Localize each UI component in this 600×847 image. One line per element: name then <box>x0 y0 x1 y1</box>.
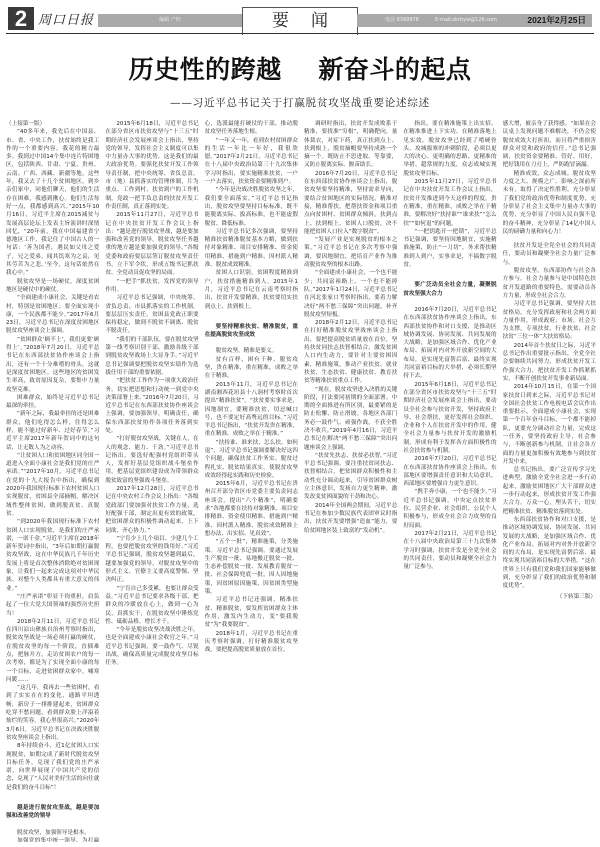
paragraph: 心，选派最能打硬仗的干部，推动脱贫攻坚任务落地生根。 <box>205 120 298 137</box>
paragraph: “携手奔小康，一个也不能少。”习近平总书记强调，中央定点扶贫单位、民营企业、社会… <box>403 488 496 529</box>
paragraph: “庄严承诺”彰显千钧重担，肩负起了一位大党大国领袖的强烈历史担当！ <box>6 593 99 618</box>
paragraph: 习近平总书记多次强调，要坚持精准扶贫精准脱贫基本方略，做到扶持对象精准、项目安排… <box>205 228 298 269</box>
paragraph: 扶贫开发是全党全社会的共同责任，要动员和凝聚全社会力量广泛参与。 <box>503 242 596 267</box>
paragraph: “贫困群众‘顾不上’，我们更要‘顾得上’。”2018年7月20日，习近平总书记在… <box>6 336 99 394</box>
editor-bar: 编辑 产经 <box>98 14 242 27</box>
paragraph: “全面建成小康社会，关键是看农村，特别是贫困地区；要全面实现小康，一个民族都不能… <box>6 294 99 335</box>
paragraph: 脱贫攻坚，东西部协作与社会各方参与。社会力量参与是中国特色扶贫开发道路的重要特色… <box>503 267 596 300</box>
paragraph: 8年持续奋斗，近1亿贫困人口实现脱贫，如期完成了新时代脱贫攻坚目标任务，兑现了我… <box>6 742 99 792</box>
paragraph: 贫困人口识别，贫困程度精准到户，扶贫措施精准到人。2015年1月，习近平总书记在… <box>205 269 298 310</box>
email-address: E-mail:zkrbyw@126.com <box>435 14 497 27</box>
paragraph: 习近平总书记还强调，精准扶贫、精准脱贫，要发挥贫困群众主体作用，激发内生动力，变… <box>205 596 298 629</box>
paragraph: 脱贫攻坚是一场硬仗，深度贫困地区是硬仗中的硬仗。 <box>6 278 99 295</box>
paragraph: “一把钥匙开一把锁”，习近平总书记强调，要坚持因地制宜，实施精准施策，防止“一刀… <box>403 228 496 269</box>
subheadline: ——习近平总书记关于打赢脱贫攻坚战重要论述综述 <box>0 95 600 110</box>
masthead: 2 周口日报 编辑 产经 要闻 电话 8399978 E-mail:zkrbyw… <box>0 0 600 34</box>
paragraph: “今年是脱贫攻坚决战决胜之年，也是全面建成小康社会收官之年。”习近平总书记强调，… <box>105 626 198 667</box>
paragraph: 2016年7月20日，习近平总书记在东西部扶贫协作座谈会上指出，东西部扶贫协作和… <box>403 306 496 381</box>
paragraph: 2015年11月27日，习近平总书记在中央扶贫开发工作会议上指出：“越是进行脱贫… <box>105 211 198 277</box>
phone-number: 电话 8399978 <box>385 14 419 27</box>
paragraph: 脱贫攻坚，精准是要义。 <box>205 347 298 355</box>
paragraph-spacer <box>403 269 496 275</box>
paragraph: 困难群众，始终是习近平总书记最深的牵挂。 <box>6 394 99 411</box>
paragraph: 贫有百样，困有千种。脱贫攻坚，贵在精准，重在精准，成败之举在于精准。 <box>205 356 298 381</box>
article-column-2: 2015年6月18日，习近平总书记在部分省区市扶贫攻坚与“十三五”时期经济社会发… <box>105 120 198 842</box>
paragraph: “发展产业是实现脱贫的根本之策。”习近平总书记在多次考察中强调，要因地制宜，把培… <box>304 236 397 269</box>
paragraph: 2015年6月，习近平总书记在贵州召开部分省区市党委主要负责同志座谈会，提出“六… <box>205 480 298 538</box>
paragraph: “现在，脱贫攻坚进入决胜的关键阶段，打法要同初期的全面部署、中期的全面推进有所区… <box>304 386 397 452</box>
article-column-1: （上接第一版）“40多年来，我先后在中国县、市、省、中央工作，扶贫始终是我工作的… <box>6 120 99 842</box>
paragraph: 2016年7月20日，习近平总书记在东西部扶贫协作座谈会上指出，脱贫攻坚要坚持精… <box>304 170 397 236</box>
paragraph: “新年之际，我最牵挂的还是困难群众，他们吃得怎么样，住得怎么样，能不能过好新年、… <box>6 410 99 451</box>
article-column-5: 指出，要在精准施策上出实招、在精准推进上下实功、在精准落地上见实效。脱贫攻坚已经… <box>403 120 496 842</box>
contact-bar: 电话 8399978 E-mail:zkrbyw@126.com 2021年2月… <box>357 14 592 27</box>
issue-date: 2021年2月25日 <box>527 14 586 27</box>
paragraph: 2015年11月27日，习近平总书记在中央扶贫开发工作会议上指出，扶贫开发推进到… <box>403 178 496 228</box>
paragraph: “一把手”抓扶贫，发挥党的领导作用。 <box>105 278 198 295</box>
paragraph: 2018年1月，习近平总书记在重庆考察时强调，打好精准脱贫攻坚战，要把提高脱贫质… <box>205 630 298 655</box>
section-lead: 越是进行脱贫攻坚战，越是要加强和改善党的领导 <box>6 804 99 821</box>
paragraph: 2018年2月12日，习近平总书记在打好精准脱贫攻坚战座谈会上指出，要把提高脱贫… <box>304 319 397 385</box>
page-number: 2 <box>8 7 34 30</box>
paragraph: “宁肯自己多受累，也要让群众受益。”习近平总书记要求各级干部，把群众的冷暖放在心… <box>105 585 198 626</box>
paragraph: 2014年10月15日，在第一个国家扶贫日到来之际，习近平总书记对全国社会扶贫工… <box>503 383 596 466</box>
paragraph: “扶贫先扶志，扶贫必扶智。”习近平总书记强调，要注重扶贫同扶志、扶智相结合，把贫… <box>304 452 397 502</box>
paragraph: 调研时指出，扶贫开发成败系于精准，要找准“穷根”，明确靶向，量体裁衣，对症下药，… <box>304 120 397 170</box>
paragraph: 东西部扶贫协作和对口支援，是推动区域协调发展、协同发展、共同发展的大战略，是加强… <box>503 516 596 591</box>
section-title: 要闻 <box>242 7 358 35</box>
paragraph: 脱贫攻坚，加强领导是根本。 <box>6 829 99 837</box>
paragraph: 2015年6月18日，习近平总书记在部分省区市扶贫攻坚与“十三五”时期经济社会发… <box>105 120 198 211</box>
article-column-6: 感大增，被亲身了获得感。“如果在会议桌上发现问题不难解决，不仍会使脱贫成效大打折… <box>503 120 596 842</box>
headline: 历史性的跨越 新奋斗的起点 <box>0 50 600 86</box>
paragraph: 2017年12月28日，习近平总书记在中央农村工作会议上指出：“各级党政部门要加… <box>105 485 198 535</box>
paragraph: 精准成效，众志成城。脱贫攻坚力度之大、规模之广、影响之深前所未有，取得了决定性胜… <box>503 170 596 236</box>
paragraph: “一年又一年，看到农村贫困群众的生活一年比一年好，我很欣慰。”2017年2月21… <box>205 137 298 187</box>
paragraph: “让贫困人口和贫困地区同全国一道进入全面小康社会是我们党的庄严承诺。”“2017… <box>6 452 99 518</box>
paragraph: （上接第一版） <box>6 120 99 128</box>
paragraph: 2016年7月20日，习近平总书记在东西部扶贫协作座谈会上指出，东部地区要增强责… <box>403 455 496 488</box>
paragraph: 加强党的集中统一领导，为打赢脱贫攻坚战提供了根本保证。 <box>6 837 99 842</box>
paragraph: 2018年2月11日，习近平总书记在四川凉山彝族自治州考察时指出，脱贫攻坚战是一… <box>6 618 99 684</box>
paragraph: “把扶贫工作作为一项重大政治任务，切实把思想和行动统一到党中央决策部署上来。”2… <box>105 377 198 435</box>
section-lead: 要广泛动员全社会力量，凝聚脱贫攻坚强大合力 <box>403 281 496 298</box>
newspaper-logo: 周口日报 <box>38 9 94 28</box>
paragraph: “今年是决战决胜脱贫攻坚之年，我们要全面落实。”习近平总书记指出，脱贫攻坚要坚持… <box>205 186 298 227</box>
continued-note: （下转第三版） <box>503 593 596 601</box>
paragraph: “这几年，我再去一些贫困村，看到了实实在在的变化，通路平坦透畅，新房子一排排建起… <box>6 684 99 742</box>
paragraph: 总书记指出，要广泛宣传学习先进典型，激励全党全社会进一步行动起来，激励贫困地区广… <box>503 466 596 516</box>
paragraph-spacer <box>205 311 298 317</box>
paragraph: 指出，要在精准施策上出实招、在精准推进上下实功、在精准落地上见实效。脱贫攻坚已经… <box>403 120 496 178</box>
section-lead: 要坚持精准扶贫、精准脱贫，重在提高脱贫攻坚成效 <box>205 323 298 340</box>
paragraph: 2017年2月21日，习近平总书记在十八届中央政治局第三十九次集体学习时强调，扶… <box>403 530 496 571</box>
article-body: （上接第一版）“40多年来，我先后在中国县、市、省、中央工作，扶贫始终是我工作的… <box>6 120 596 842</box>
paragraph: “扶持谁、谁来扶、怎么扶、如何退”，习近平总书记强调要解决好这四个问题，确保扶贫… <box>205 439 298 480</box>
paragraph: “五个一批”，精准施策，分类施策。习近平总书记强调，要通过发展生产脱贫一批、易地… <box>205 538 298 596</box>
paragraph: 2013年11月，习近平总书记在湖南湘西花垣县十八洞村考察时首次提出“精准扶贫”… <box>205 381 298 439</box>
paragraph: “打好脱贫攻坚战，关键在人，在人的观念、能力、干劲。”习近平总书记指出，要选好配… <box>105 435 198 485</box>
paragraph: “40多年来，我先后在中国县、市、省、中央工作，扶贫始终是我工作的一个重要内容，… <box>6 128 99 277</box>
paragraph: 2014年全国两会期间，习近平总书记在参加少数民族代表团审议时指出，扶贫开发要增… <box>304 502 397 535</box>
article-column-4: 调研时指出，扶贫开发成败系于精准，要找准“穷根”，明确靶向，量体裁衣，对症下药，… <box>304 120 397 842</box>
editor-line: 编辑 产经 <box>98 14 242 27</box>
article-column-3: 心，选派最能打硬仗的干部，推动脱贫攻坚任务落地生根。“一年又一年，看到农村贫困群… <box>205 120 298 842</box>
paragraph: 2015年6月18日，习近平总书记在部分省区市扶贫攻坚与“十三五”时期经济社会发… <box>403 381 496 456</box>
paragraph: “到2020年我国现行标准下农村贫困人口实现脱贫，是我们的庄严承诺，一诺千金。”… <box>6 518 99 593</box>
paragraph: 感大增，被亲身了获得感。“如果在会议桌上发现问题不难解决，不仍会使脱贫成效大打折… <box>503 120 596 170</box>
paragraph-spacer <box>6 792 99 798</box>
paragraph: “我们的干部队伍，要在脱贫攻坚第一线考察识别干部，激励各级干部到脱贫攻坚战场上大… <box>105 336 198 377</box>
paragraph: 习近平总书记强调，要坚持大扶贫格局，充分发挥政府和社会两方面力量作用，形成政府、… <box>503 300 596 341</box>
paragraph: 习近平总书记强调，中央统筹、省负总责、市县抓落实的工作机制，要层层压实责任。贫困… <box>105 294 198 335</box>
paragraph: “全面建成小康社会，一个也不能少；共同富裕路上，一个也不能掉队。”2017年1月… <box>304 269 397 319</box>
paragraph: 2014年首个扶贫日之际，习近平总书记作出重要批示指出，全党全社会要继续共同努力… <box>503 342 596 383</box>
paragraph: “宁肯少上几个项目、少建几个工程，也要把脱贫攻坚的钱用好。”习近平总书记强调，脱… <box>105 535 198 585</box>
masthead-rule <box>6 33 594 34</box>
